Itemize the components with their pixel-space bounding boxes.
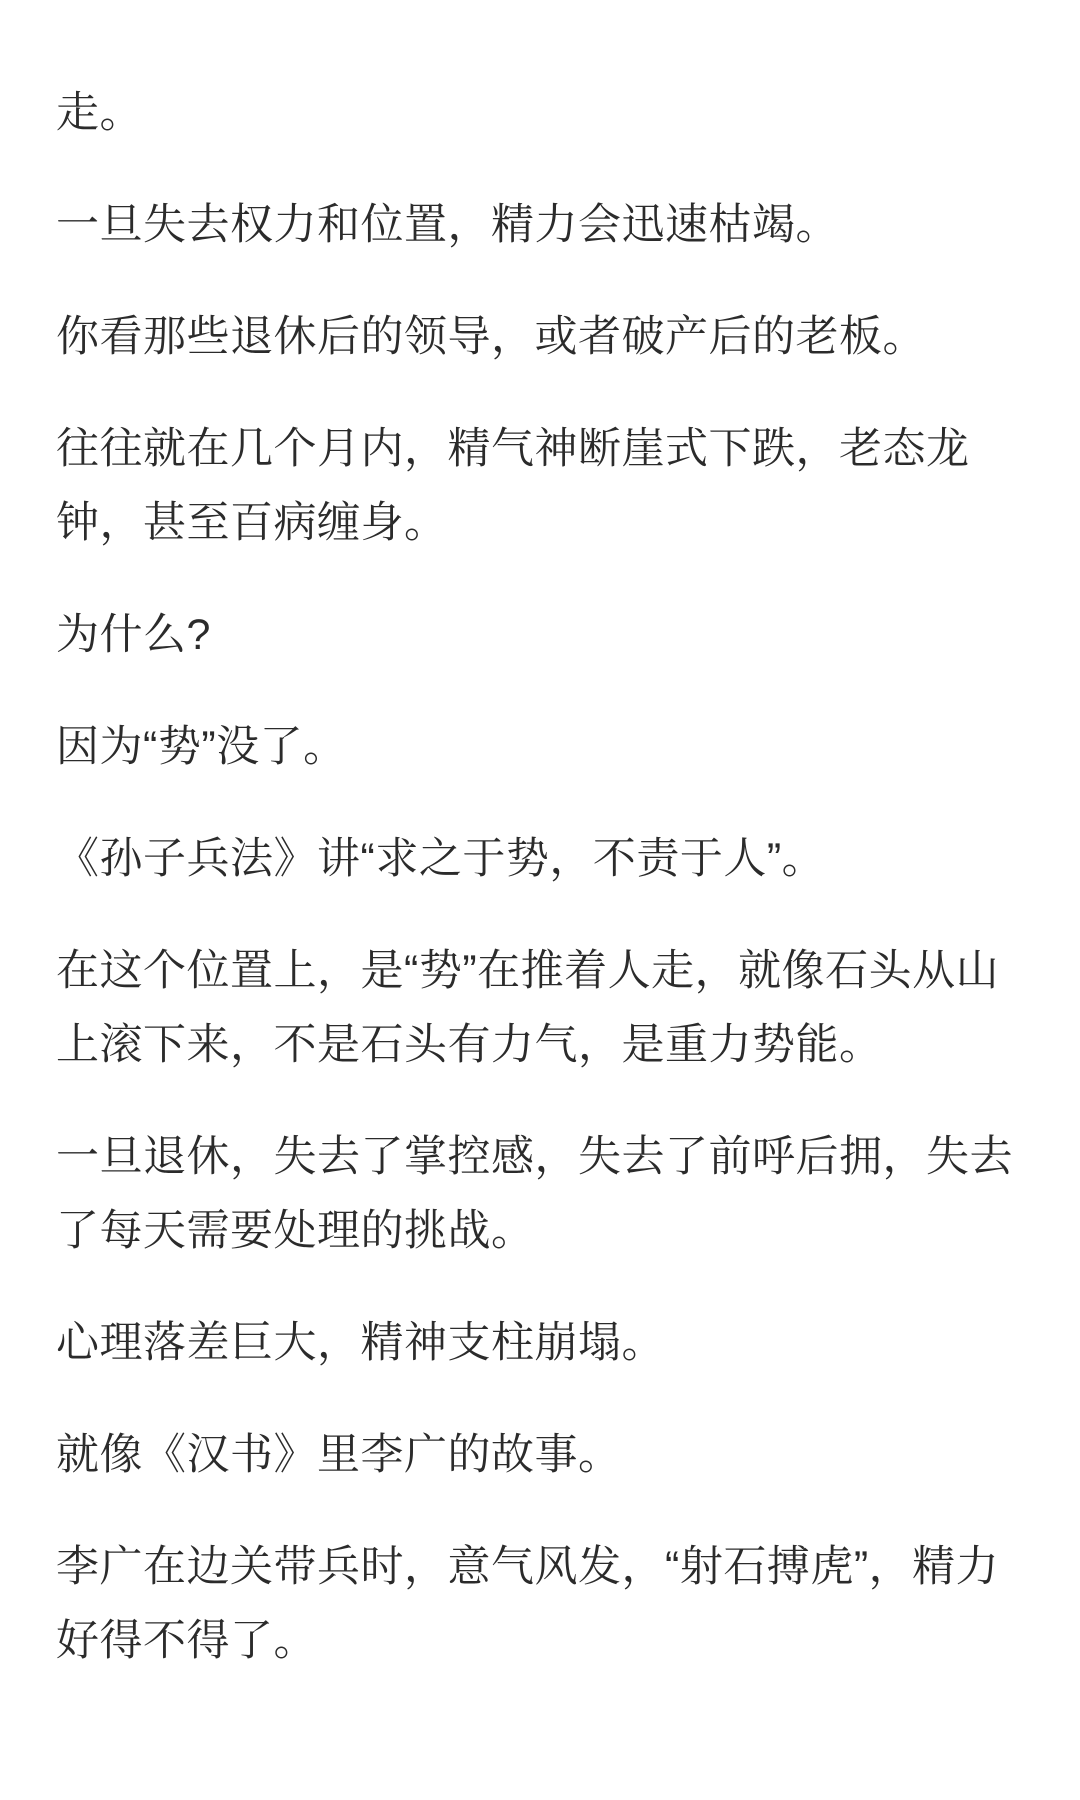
paragraph: 就像《汉书》里李广的故事。	[56, 1418, 1024, 1492]
article-reader-page: 走。 一旦失去权力和位置，精力会迅速枯竭。 你看那些退休后的领导，或者破产后的老…	[0, 0, 1080, 1800]
paragraph: 为什么?	[56, 598, 1024, 672]
paragraph: 一旦失去权力和位置，精力会迅速枯竭。	[56, 188, 1024, 262]
paragraph: 李广在边关带兵时，意气风发，“射石搏虎”，精力好得不得了。	[56, 1530, 1024, 1678]
paragraph: 走。	[56, 76, 1024, 150]
paragraph: 因为“势”没了。	[56, 710, 1024, 784]
paragraph: 《孙子兵法》讲“求之于势，不责于人”。	[56, 822, 1024, 896]
paragraph: 往往就在几个月内，精气神断崖式下跌，老态龙钟，甚至百病缠身。	[56, 412, 1024, 560]
paragraph: 在这个位置上，是“势”在推着人走，就像石头从山上滚下来，不是石头有力气，是重力势…	[56, 934, 1024, 1082]
paragraph: 心理落差巨大，精神支柱崩塌。	[56, 1306, 1024, 1380]
paragraph: 一旦退休，失去了掌控感，失去了前呼后拥，失去了每天需要处理的挑战。	[56, 1120, 1024, 1268]
paragraph: 你看那些退休后的领导，或者破产后的老板。	[56, 300, 1024, 374]
